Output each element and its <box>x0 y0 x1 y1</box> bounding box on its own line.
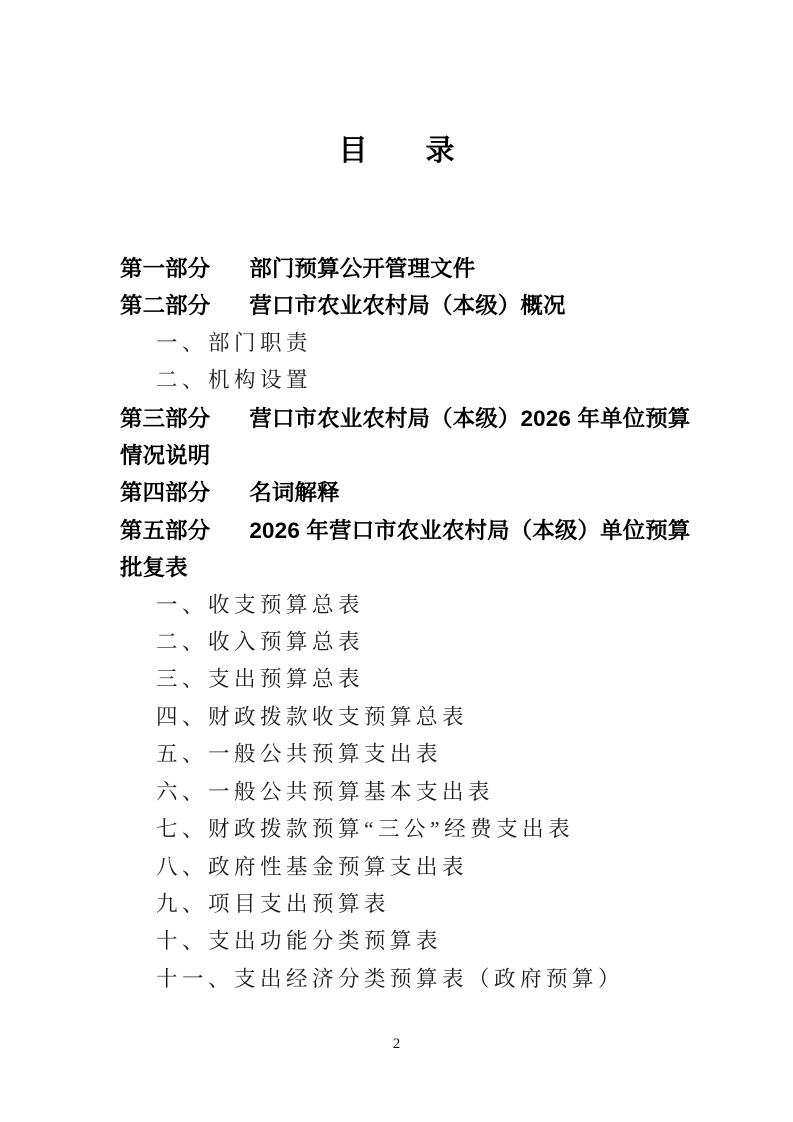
toc-part-label: 第二部分 <box>120 287 210 324</box>
toc-sub-entry: 二、收入预算总表 <box>120 624 680 661</box>
toc-sub-entry: 九、项目支出预算表 <box>120 886 680 923</box>
table-of-contents: 第一部分部门预算公开管理文件第二部分营口市农业农村局（本级）概况一、部门职责二、… <box>120 250 680 998</box>
toc-sub-entry: 四、财政拨款收支预算总表 <box>120 699 680 736</box>
toc-part-entry: 第三部分营口市农业农村局（本级）2026 年单位预算 <box>120 400 680 437</box>
page-title: 目 录 <box>0 0 793 166</box>
toc-part-text: 2026 年营口市农业农村局（本级）单位预算 <box>249 518 690 543</box>
toc-part-entry: 第一部分部门预算公开管理文件 <box>120 250 680 287</box>
document-page: 目 录 第一部分部门预算公开管理文件第二部分营口市农业农村局（本级）概况一、部门… <box>0 0 793 1122</box>
toc-part-entry: 第四部分名词解释 <box>120 474 680 511</box>
toc-sub-entry: 一、部门职责 <box>120 325 680 362</box>
toc-part-entry: 第二部分营口市农业农村局（本级）概况 <box>120 287 680 324</box>
toc-sub-entry: 五、一般公共预算支出表 <box>120 736 680 773</box>
toc-sub-entry: 八、政府性基金预算支出表 <box>120 849 680 886</box>
toc-part-label: 第一部分 <box>120 250 210 287</box>
page-number: 2 <box>0 1037 793 1052</box>
toc-part-entry: 第五部分2026 年营口市农业农村局（本级）单位预算 <box>120 512 680 549</box>
toc-part-continuation: 批复表 <box>120 549 680 586</box>
toc-part-label: 第四部分 <box>120 474 210 511</box>
toc-part-label: 第三部分 <box>120 400 210 437</box>
toc-sub-entry: 三、支出预算总表 <box>120 661 680 698</box>
toc-sub-entry: 二、机构设置 <box>120 362 680 399</box>
toc-sub-entry: 十一、支出经济分类预算表（政府预算） <box>120 961 680 998</box>
toc-part-continuation: 情况说明 <box>120 437 680 474</box>
toc-sub-entry: 一、收支预算总表 <box>120 587 680 624</box>
toc-part-text: 营口市农业农村局（本级）概况 <box>249 293 565 318</box>
toc-part-text: 营口市农业农村局（本级）2026 年单位预算 <box>249 406 690 431</box>
toc-sub-entry: 七、财政拨款预算“三公”经费支出表 <box>120 811 680 848</box>
toc-sub-entry: 六、一般公共预算基本支出表 <box>120 774 680 811</box>
toc-part-label: 第五部分 <box>120 512 210 549</box>
toc-part-text: 部门预算公开管理文件 <box>249 256 475 281</box>
toc-part-text: 名词解释 <box>249 480 339 505</box>
toc-sub-entry: 十、支出功能分类预算表 <box>120 923 680 960</box>
